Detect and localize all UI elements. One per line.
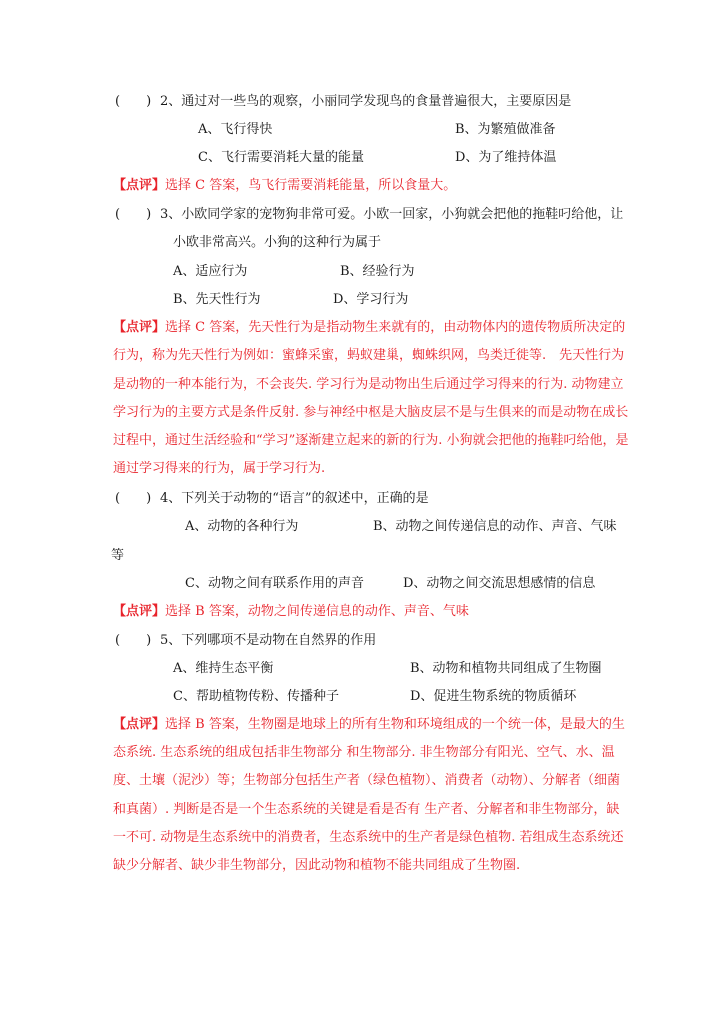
comment-text: 选择 B 答案，生物圈是地球上的所有生物和环境组成的一个统一体，是最大的生	[165, 717, 625, 732]
q4-option-c: C、动物之间有联系作用的声音	[185, 575, 364, 593]
q3-answer-blank: ( )	[115, 206, 151, 224]
q5-stem: 5、下列哪项不是动物在自然界的作用	[160, 632, 376, 650]
q5-comment-line-1: 【点评】选择 B 答案，生物圈是地球上的所有生物和环境组成的一个统一体，是最大的…	[113, 716, 625, 734]
q5-comment-line-6: 缺少分解者、缺少非生物部分，因此动物和植物不能共同组成了生物圈.	[113, 857, 520, 875]
q5-option-c: C、帮助植物传粉、传播种子	[173, 688, 339, 706]
q3-option-b: B、经验行为	[340, 263, 415, 281]
q5-option-d: D、促进生物系统的物质循环	[410, 688, 576, 706]
q3-comment-line-1: 【点评】选择 C 答案，先天性行为是指动物生来就有的，由动物体内的遗传物质所决定…	[113, 319, 625, 337]
q5-comment-line-5: 一不可. 动物是生态系统中的消费者，生态系统中的生产者是绿色植物. 若组成生态系…	[113, 829, 624, 847]
comment-tag: 【点评】	[113, 717, 165, 732]
q4-answer-blank: ( )	[115, 490, 151, 508]
q3-comment-line-5: 过程中，通过生活经验和“学习”逐渐建立起来的新的行为. 小狗就会把他的拖鞋叼给他…	[113, 432, 629, 450]
q2-option-d: D、为了维持体温	[455, 149, 556, 167]
q2-option-a: A、飞行得快	[198, 121, 272, 139]
q2-option-b: B、为繁殖做准备	[455, 121, 556, 139]
q4-stem: 4、下列关于动物的“语言”的叙述中，正确的是	[160, 490, 429, 508]
q4-option-d: D、动物之间交流思想感情的信息	[403, 575, 595, 593]
q3-stem: 3、小欧同学家的宠物狗非常可爱。小欧一回家，小狗就会把他的拖鞋叼给他，让	[160, 206, 623, 224]
q4-comment: 【点评】选择 B 答案，动物之间传递信息的动作、声音、气味	[113, 603, 469, 621]
comment-tag: 【点评】	[113, 320, 165, 335]
q4-option-a: A、动物的各种行为	[185, 518, 298, 536]
q2-option-c: C、飞行需要消耗大量的能量	[198, 149, 364, 167]
q5-comment-line-2: 态系统. 生态系统的组成包括非生物部分 和生物部分. 非生物部分有阳光、空气、水…	[113, 744, 615, 762]
q5-comment-line-4: 和真菌）. 判断是否是一个生态系统的关键是看是否有 生产者、分解者和非生物部分，…	[113, 801, 619, 819]
q2-stem: 2、通过对一些鸟的观察，小丽同学发现鸟的食量普遍很大，主要原因是	[160, 93, 571, 111]
q2-answer-blank: ( )	[115, 93, 151, 111]
q3-comment-line-4: 学习行为的主要方式是条件反射. 参与神经中枢是大脑皮层不是与生俱来的而是动物在成…	[113, 404, 628, 422]
q4-option-b: B、动物之间传递信息的动作、声音、气味	[373, 518, 617, 536]
q4-option-b-wrap: 等	[111, 547, 124, 565]
q3-comment-line-2: 行为，称为先天性行为例如：蜜蜂采蜜，蚂蚁建巢，蜘蛛织网，鸟类迁徙等. 先天性行为	[113, 347, 624, 365]
q3-comment-line-3: 是动物的一种本能行为，不会丧失. 学习行为是动物出生后通过学习得来的行为. 动物…	[113, 376, 624, 394]
q3-option-a: A、适应行为	[173, 263, 247, 281]
comment-text: 选择 B 答案，动物之间传递信息的动作、声音、气味	[165, 604, 469, 619]
comment-tag: 【点评】	[113, 604, 165, 619]
q5-comment-line-3: 度、土壤（泥沙）等；生物部分包括生产者（绿色植物）、消费者（动物）、分解者（细菌	[113, 772, 620, 790]
q5-option-a: A、维持生态平衡	[173, 660, 273, 678]
q3-option-d: D、学习行为	[333, 291, 408, 309]
q3-comment-line-6: 通过学习得来的行为，属于学习行为.	[113, 460, 325, 478]
q3-stem-cont: 小欧非常高兴。小狗的这种行为属于	[173, 234, 381, 252]
q3-option-c: B、先天性行为	[173, 291, 261, 309]
comment-text: 选择 C 答案，先天性行为是指动物生来就有的，由动物体内的遗传物质所决定的	[165, 320, 625, 335]
q2-comment: 【点评】选择 C 答案，鸟飞行需要消耗能量，所以食量大。	[113, 177, 456, 195]
comment-tag: 【点评】	[113, 178, 165, 193]
q5-answer-blank: ( )	[115, 632, 151, 650]
comment-text: 选择 C 答案，鸟飞行需要消耗能量，所以食量大。	[165, 178, 456, 193]
q5-option-b: B、动物和植物共同组成了生物圈	[410, 660, 602, 678]
